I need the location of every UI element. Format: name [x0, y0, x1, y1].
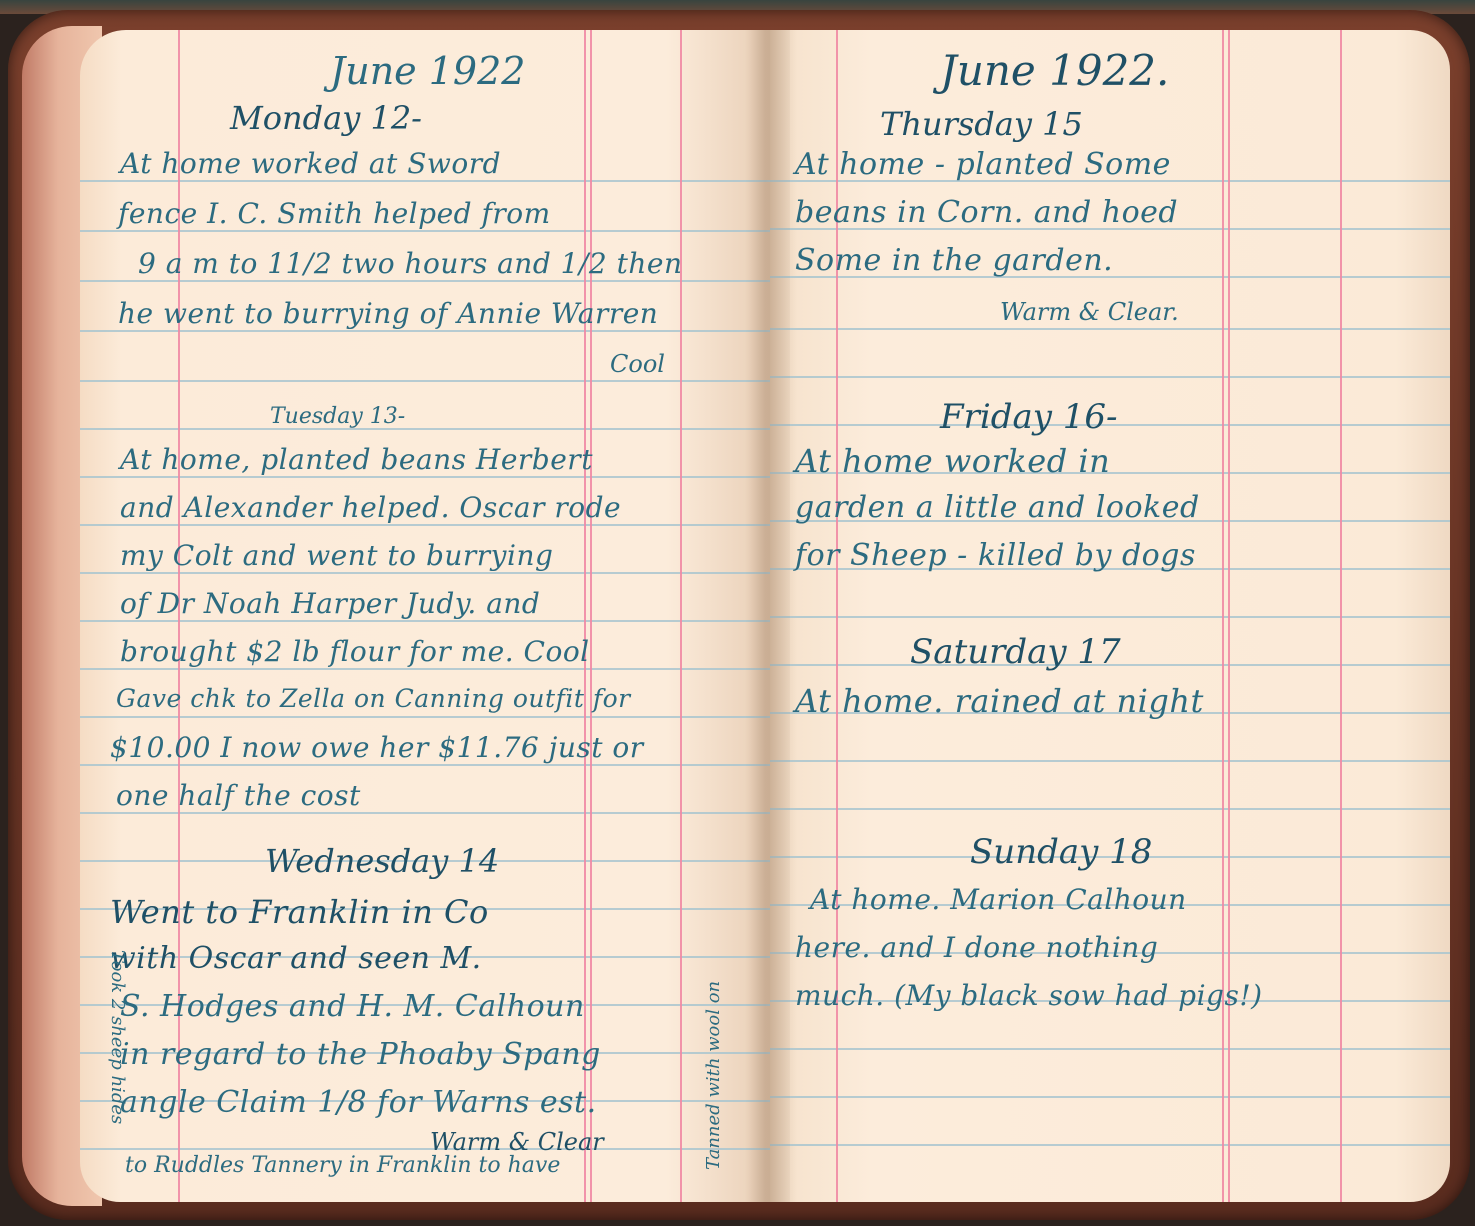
ruled-line — [770, 760, 1450, 762]
entry-line: he went to burrying of Annie Warren — [118, 300, 658, 328]
margin-note-right: Tanned with wool on — [705, 981, 723, 1170]
entry-line: At home - planted Some — [795, 150, 1171, 180]
entry-day: Monday 12- — [230, 102, 422, 134]
entry-line: and Alexander helped. Oscar rode — [120, 494, 621, 522]
entry-day: Sunday 18 — [970, 835, 1152, 869]
entry-line: here. and I done nothing — [795, 934, 1158, 962]
entry-line: Some in the garden. — [795, 246, 1113, 276]
entry-line: Gave chk to Zella on Canning outfit for — [116, 686, 631, 711]
ruled-line — [80, 230, 770, 232]
ruled-line — [770, 1144, 1450, 1146]
entry-day: Tuesday 13- — [270, 406, 405, 428]
footnote: to Ruddles Tannery in Franklin to have — [125, 1155, 560, 1177]
ruled-line — [770, 328, 1450, 330]
entry-line: my Colt and went to burrying — [120, 542, 553, 570]
entry-line: garden a little and looked — [795, 493, 1200, 523]
entry-line: for Sheep - killed by dogs — [795, 541, 1196, 571]
right-page: June 1922. Thursday 15 At home - planted… — [770, 30, 1450, 1202]
entry-line: Went to Franklin in Co — [110, 896, 489, 928]
entry-day: Saturday 17 — [910, 635, 1121, 669]
entry-line: At home, planted beans Herbert — [120, 446, 593, 474]
entry-line: brought $2 lb flour for me. Cool — [120, 638, 590, 666]
column-line — [1228, 30, 1230, 1202]
entry-line: At home. Marion Calhoun — [810, 886, 1187, 914]
ruled-line — [770, 376, 1450, 378]
ruled-line — [80, 572, 770, 574]
entry-line: fence I. C. Smith helped from — [118, 200, 551, 228]
entry-line: At home. rained at night — [795, 685, 1204, 717]
entry-day: Wednesday 14 — [265, 845, 499, 877]
entry-day: Thursday 15 — [880, 108, 1083, 140]
ruled-line — [80, 380, 770, 382]
entry-line: $10.00 I now owe her $11.76 just or — [110, 734, 644, 762]
entry-line: much. (My black sow had pigs!) — [795, 982, 1263, 1010]
ruled-line — [770, 1096, 1450, 1098]
ruled-line — [80, 668, 770, 670]
entry-day: Friday 16- — [940, 400, 1118, 434]
ruled-line — [80, 330, 770, 332]
left-page: June 1922 Monday 12- At home worked at S… — [80, 30, 770, 1202]
ruled-line — [770, 808, 1450, 810]
page-header: June 1922. — [940, 50, 1169, 92]
ruled-line — [770, 616, 1450, 618]
ruled-line — [80, 476, 770, 478]
ruled-line — [770, 1048, 1450, 1050]
column-line — [590, 30, 592, 1202]
ruled-line — [80, 812, 770, 814]
ruled-line — [80, 764, 770, 766]
column-line — [1222, 30, 1224, 1202]
ruled-line — [80, 428, 770, 430]
column-line — [584, 30, 586, 1202]
ruled-line — [80, 716, 770, 718]
ruled-line — [80, 524, 770, 526]
entry-line: with Oscar and seen M. — [110, 944, 482, 974]
entry-weather: Warm & Clear. — [1000, 300, 1179, 324]
entry-line: At home worked at Sword — [120, 150, 501, 178]
margin-note-left: Took 2 sheep hides — [108, 950, 126, 1124]
entry-line: 9 a m to 11/2 two hours and 1/2 then — [138, 250, 683, 278]
entry-line: angle Claim 1/8 for Warns est. — [120, 1088, 597, 1118]
entry-line: one half the cost — [116, 782, 361, 810]
ruled-line — [80, 1148, 770, 1150]
column-line — [680, 30, 682, 1202]
entry-line: in regard to the Phoaby Spang — [120, 1040, 601, 1070]
entry-line: S. Hodges and H. M. Calhoun — [120, 992, 585, 1022]
entry-weather: Warm & Clear — [430, 1130, 604, 1154]
column-line — [1340, 30, 1342, 1202]
entry-line: beans in Corn. and hoed — [795, 198, 1178, 228]
ruled-line — [80, 280, 770, 282]
entry-line: of Dr Noah Harper Judy. and — [120, 590, 540, 618]
entry-weather: Cool — [610, 352, 665, 376]
ruled-line — [80, 180, 770, 182]
entry-line: At home worked in — [795, 445, 1110, 477]
ruled-line — [80, 620, 770, 622]
page-header: June 1922 — [330, 52, 525, 90]
